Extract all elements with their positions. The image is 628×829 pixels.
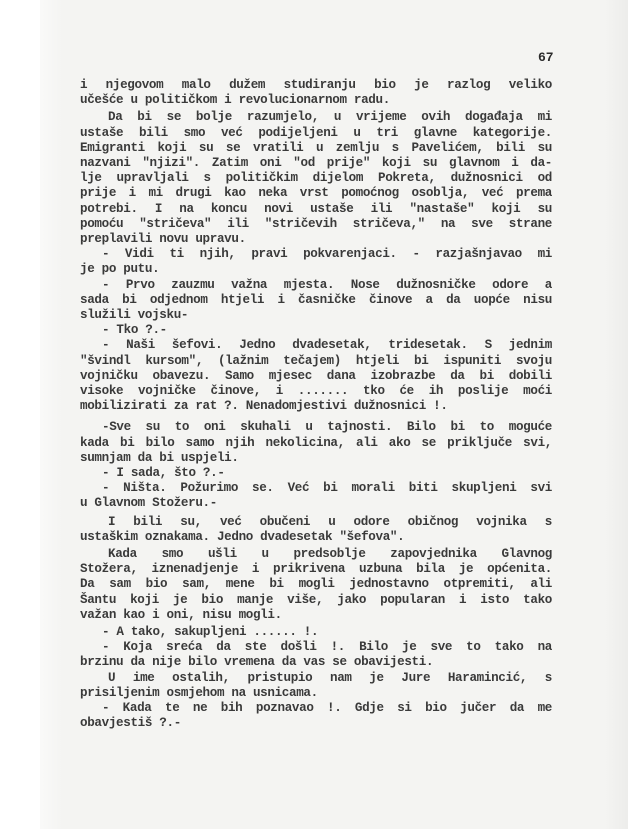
text-line: Kada smo ušli u predsoblje zapovjednika … <box>80 547 552 562</box>
page-number: 67 <box>538 50 554 65</box>
text-line: Da sam bio sam, mene bi mogli jednostavn… <box>80 577 552 592</box>
text-line: prije i mi drugi kao neka vrst pomoćnog … <box>80 186 552 201</box>
text-line: obavjestiš ?.- <box>80 716 552 731</box>
text-line: kada bi bilo samo njih nekolicina, ali a… <box>80 436 552 451</box>
text-line: je po putu. <box>80 262 552 277</box>
text-line: - Kada te ne bih poznavao !. Gdje si bio… <box>80 701 552 716</box>
text-line: nazvani "njizi". Zatim oni "od prije" ko… <box>80 156 552 171</box>
text-line: - Koja sreća da ste došli !. Bilo je sve… <box>80 640 552 655</box>
text-line: - Naši šefovi. Jedno dvadesetak, tridese… <box>80 338 552 353</box>
text-line: Šantu koji je bio manje više, jako popul… <box>80 593 552 608</box>
text-line: u Glavnom Stožeru.- <box>80 496 552 511</box>
text-line: preplavili novu upravu. <box>80 232 552 247</box>
text-line: - Prvo zauzmu važna mjesta. Nose dužnosn… <box>80 278 552 293</box>
text-line: sumnjam da bi uspjeli. <box>80 451 552 466</box>
text-line: - Ništa. Požurimo se. Već bi morali biti… <box>80 481 552 496</box>
text-line: sada bi odjednom htjeli i časničke činov… <box>80 293 552 308</box>
text-line: Stožera, iznenadjenje i prikrivena uzbun… <box>80 562 552 577</box>
text-line: -Sve su to oni skuhali u tajnosti. Bilo … <box>80 420 552 435</box>
text-line: prisiljenim osmjehom na usnicama. <box>80 686 552 701</box>
text-line: Emigranti koji su se vratili u zemlju s … <box>80 141 552 156</box>
text-line: - A tako, sakupljeni ...... !. <box>80 625 552 640</box>
text-line: služili vojsku- <box>80 308 552 323</box>
text-line: ustaše bili smo već podijeljeni u tri gl… <box>80 126 552 141</box>
text-line: i njegovom malo dužem studiranju bio je … <box>80 78 552 93</box>
text-line: vojničku obavezu. Samo mjesec dana izobr… <box>80 369 552 384</box>
text-line: I bili su, već obučeni u odore običnog v… <box>80 515 552 530</box>
text-line: - I sada, što ?.- <box>80 466 552 481</box>
text-line: Da bi se bolje razumjelo, u vrijeme ovih… <box>80 110 552 125</box>
text-line: brzinu da nije bilo vremena da vas se ob… <box>80 655 552 670</box>
text-line: visoke vojničke činove, i ....... tko će… <box>80 384 552 399</box>
text-line: učešće u političkom i revolucionarnom ra… <box>80 93 552 108</box>
text-line: ustaškim oznakama. Jedno dvadesetak "šef… <box>80 530 552 545</box>
text-line: U ime ostalih, pristupio nam je Jure Har… <box>80 671 552 686</box>
text-line: važan kao i oni, nisu mogli. <box>80 608 552 623</box>
text-line: mobilizirati za rat ?. Nenadomjestivi du… <box>80 399 552 414</box>
text-line: - Vidi ti njih, pravi pokvarenjaci. - ra… <box>80 247 552 262</box>
text-line: "švindl kursom", (lažnim tečajem) htjeli… <box>80 354 552 369</box>
text-line: pomoću "stričeva" ili "stričevih stričev… <box>80 217 552 232</box>
text-line: lje upravljali s političkim dijelom Pokr… <box>80 171 552 186</box>
text-line: - Tko ?.- <box>80 323 552 338</box>
text-line: potrebi. I na koncu novi ustaše ili "nas… <box>80 202 552 217</box>
